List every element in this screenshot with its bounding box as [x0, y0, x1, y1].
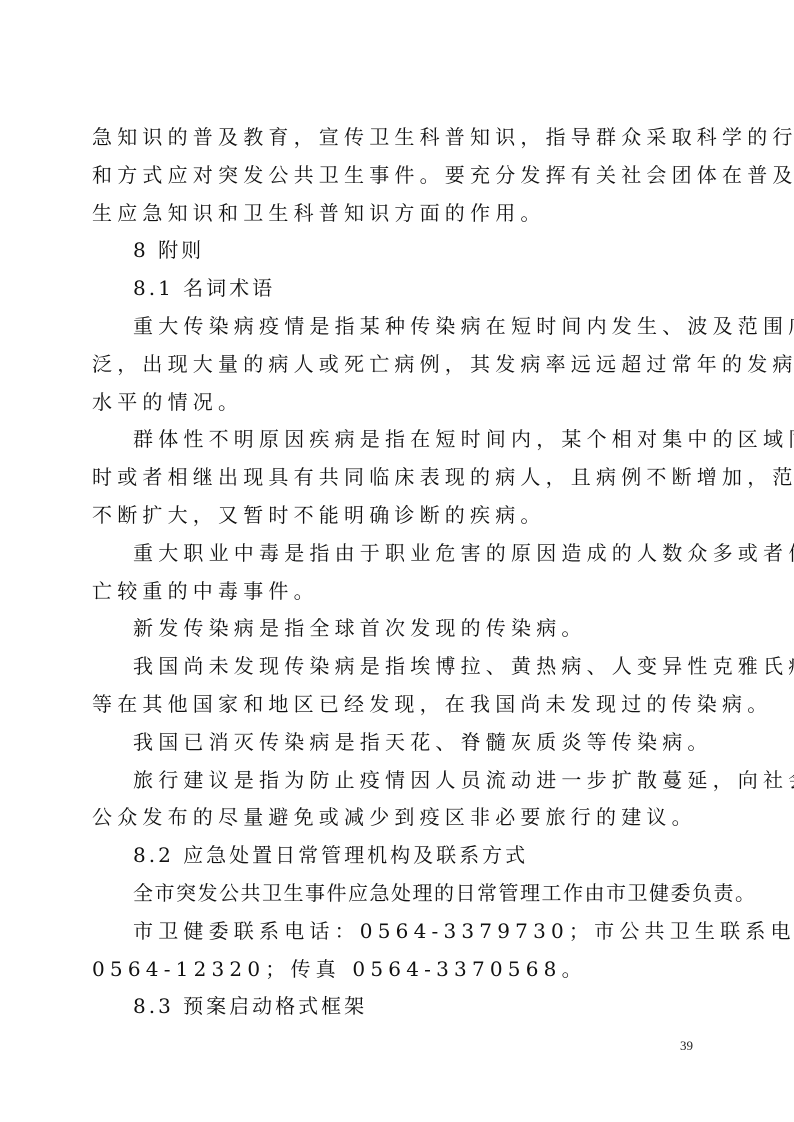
body-text-line: 等在其他国家和地区已经发现，在我国尚未发现过的传染病。 — [92, 686, 692, 724]
body-text-line: 全市突发公共卫生事件应急处理的日常管理工作由市卫健委负责。 — [92, 875, 692, 913]
body-text-line: 泛，出现大量的病人或死亡病例，其发病率远远超过常年的发病率 — [92, 346, 692, 384]
body-text-line: 水平的情况。 — [92, 384, 692, 422]
body-text-line: 亡较重的中毒事件。 — [92, 573, 692, 611]
contact-fax-line: 0564-12320；传真 0564-3370568。 — [92, 951, 692, 989]
subsection-heading-plan-format: 8.3 预案启动格式框架 — [92, 988, 692, 1026]
body-text-line: 公众发布的尽量避免或减少到疫区非必要旅行的建议。 — [92, 799, 692, 837]
body-text-line: 时或者相继出现具有共同临床表现的病人，且病例不断增加，范围 — [92, 459, 692, 497]
subsection-heading-contact: 8.2 应急处置日常管理机构及联系方式 — [92, 837, 692, 875]
body-text-line: 我国已消灭传染病是指天花、脊髓灰质炎等传染病。 — [92, 724, 692, 762]
page-number: 39 — [680, 1038, 693, 1054]
body-text-line: 重大传染病疫情是指某种传染病在短时间内发生、波及范围广 — [92, 308, 692, 346]
body-text-line: 群体性不明原因疾病是指在短时间内，某个相对集中的区域同 — [92, 421, 692, 459]
body-text-line: 重大职业中毒是指由于职业危害的原因造成的人数众多或者伤 — [92, 535, 692, 573]
subsection-heading-terms: 8.1 名词术语 — [92, 270, 692, 308]
section-heading-appendix: 8 附则 — [92, 232, 692, 270]
body-text-line: 我国尚未发现传染病是指埃博拉、黄热病、人变异性克雅氏病 — [92, 648, 692, 686]
body-text-line: 不断扩大，又暂时不能明确诊断的疾病。 — [92, 497, 692, 535]
body-text-line: 旅行建议是指为防止疫情因人员流动进一步扩散蔓延，向社会 — [92, 762, 692, 800]
body-text-line: 新发传染病是指全球首次发现的传染病。 — [92, 610, 692, 648]
body-text-line: 和方式应对突发公共卫生事件。要充分发挥有关社会团体在普及卫 — [92, 157, 692, 195]
body-text-line: 生应急知识和卫生科普知识方面的作用。 — [92, 195, 692, 233]
body-text-line: 急知识的普及教育，宣传卫生科普知识，指导群众采取科学的行为 — [92, 119, 692, 157]
document-page: 急知识的普及教育，宣传卫生科普知识，指导群众采取科学的行为 和方式应对突发公共卫… — [92, 119, 692, 1026]
contact-phone-line: 市卫健委联系电话：0564-3379730；市公共卫生联系电话： — [92, 913, 692, 951]
